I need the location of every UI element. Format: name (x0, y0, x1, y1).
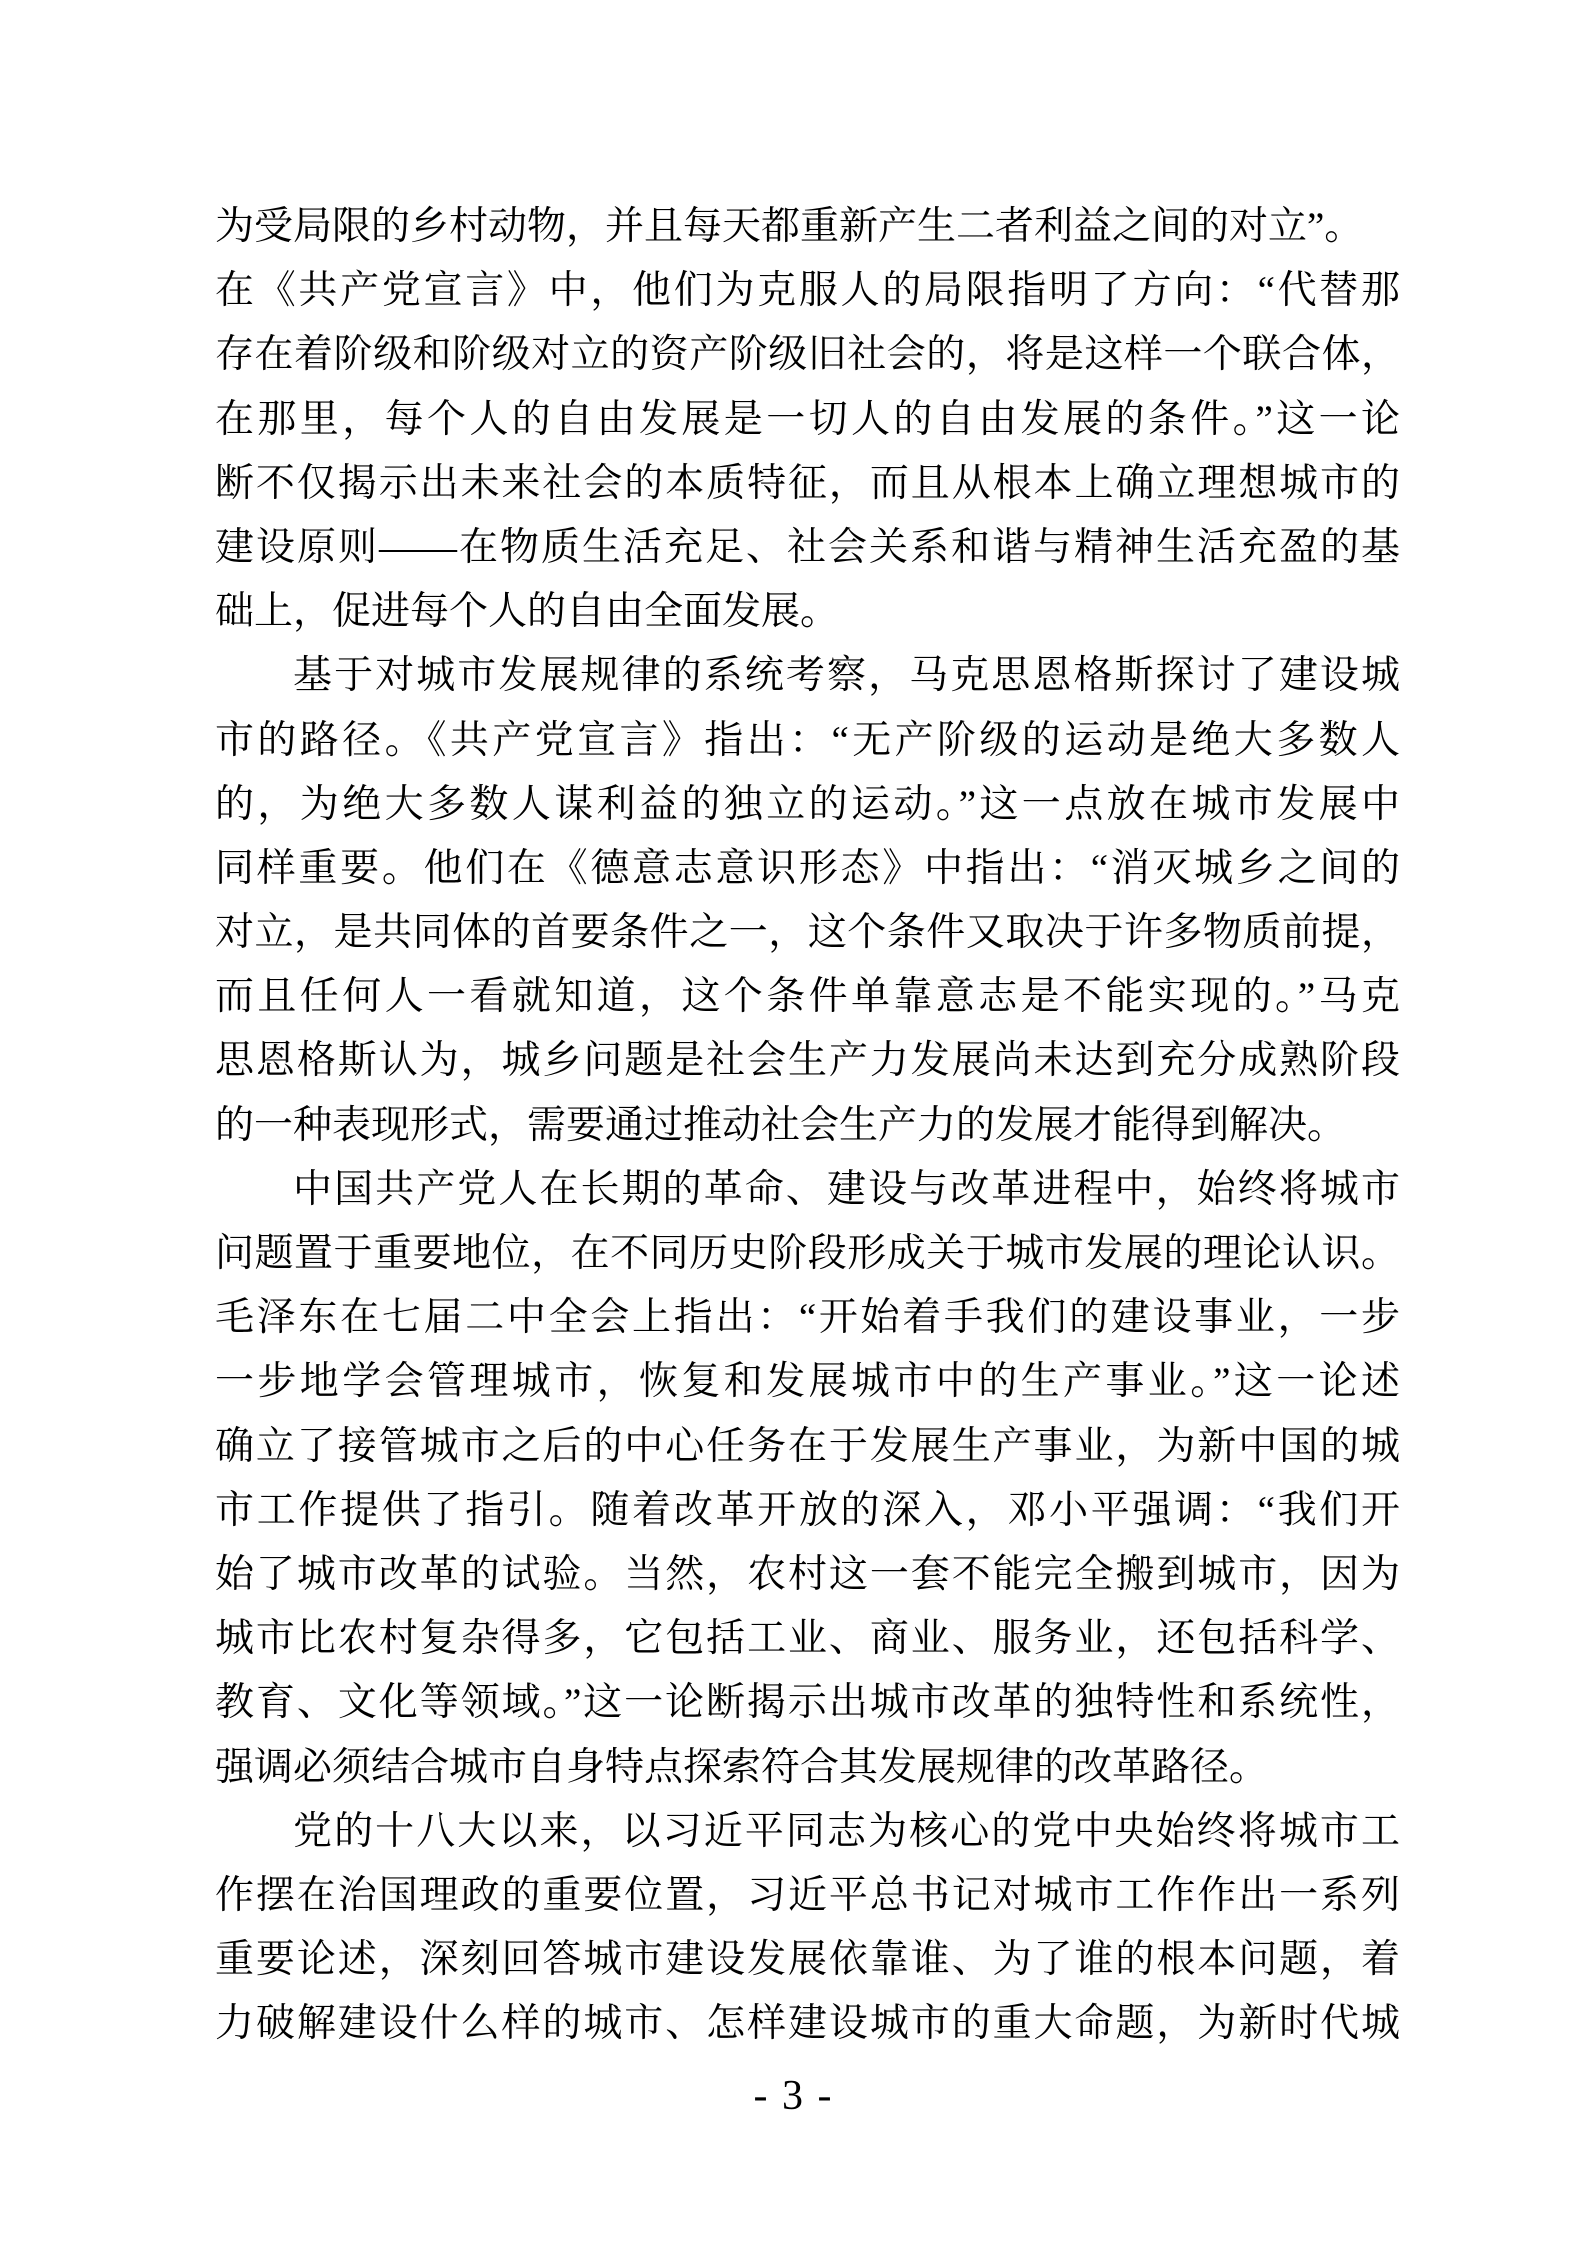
text-line: 确立了接管城市之后的中心任务在于发展生产事业，为新中国的城 (215, 1415, 1400, 1479)
text-line: 存在着阶级和阶级对立的资产阶级旧社会的，将是这样一个联合体， (215, 323, 1400, 387)
text-line: 城市比农村复杂得多，它包括工业、商业、服务业，还包括科学、 (215, 1607, 1400, 1671)
text-line: 而且任何人一看就知道，这个条件单靠意志是不能实现的。”马克 (215, 965, 1400, 1029)
text-line: 建设原则——在物质生活充足、社会关系和谐与精神生活充盈的基 (215, 516, 1400, 580)
document-page: 为受局限的乡村动物，并且每天都重新产生二者利益之间的对立”。在《共产党宣言》中，… (0, 0, 1587, 2245)
text-line: 对立，是共同体的首要条件之一，这个条件又取决于许多物质前提， (215, 901, 1400, 965)
text-line: 基于对城市发展规律的系统考察，马克思恩格斯探讨了建设城 (215, 644, 1400, 708)
text-line: 力破解建设什么样的城市、怎样建设城市的重大命题，为新时代城 (215, 1992, 1400, 2056)
text-line: 在那里，每个人的自由发展是一切人的自由发展的条件。”这一论 (215, 388, 1400, 452)
text-line: 毛泽东在七届二中全会上指出：“开始着手我们的建设事业，一步 (215, 1286, 1400, 1350)
text-line: 强调必须结合城市自身特点探索符合其发展规律的改革路径。 (215, 1736, 1400, 1800)
text-line: 思恩格斯认为，城乡问题是社会生产力发展尚未达到充分成熟阶段 (215, 1029, 1400, 1093)
text-line: 作摆在治国理政的重要位置，习近平总书记对城市工作作出一系列 (215, 1864, 1400, 1928)
text-line: 问题置于重要地位，在不同历史阶段形成关于城市发展的理论认识。 (215, 1222, 1400, 1286)
text-line: 重要论述，深刻回答城市建设发展依靠谁、为了谁的根本问题，着 (215, 1928, 1400, 1992)
text-line: 为受局限的乡村动物，并且每天都重新产生二者利益之间的对立”。 (215, 195, 1400, 259)
page-number: - 3 - (0, 2072, 1587, 2120)
text-line: 市的路径。《共产党宣言》指出：“无产阶级的运动是绝大多数人 (215, 709, 1400, 773)
text-line: 在《共产党宣言》中，他们为克服人的局限指明了方向：“代替那 (215, 259, 1400, 323)
text-line: 同样重要。他们在《德意志意识形态》中指出：“消灭城乡之间的 (215, 837, 1400, 901)
text-line: 教育、文化等领域。”这一论断揭示出城市改革的独特性和系统性， (215, 1671, 1400, 1735)
text-line: 始了城市改革的试验。当然，农村这一套不能完全搬到城市，因为 (215, 1543, 1400, 1607)
text-line: 市工作提供了指引。随着改革开放的深入，邓小平强调：“我们开 (215, 1479, 1400, 1543)
text-line: 一步地学会管理城市，恢复和发展城市中的生产事业。”这一论述 (215, 1350, 1400, 1414)
text-line: 断不仅揭示出未来社会的本质特征，而且从根本上确立理想城市的 (215, 452, 1400, 516)
text-line: 党的十八大以来，以习近平同志为核心的党中央始终将城市工 (215, 1800, 1400, 1864)
text-line: 础上，促进每个人的自由全面发展。 (215, 580, 1400, 644)
text-line: 的，为绝大多数人谋利益的独立的运动。”这一点放在城市发展中 (215, 773, 1400, 837)
text-body: 为受局限的乡村动物，并且每天都重新产生二者利益之间的对立”。在《共产党宣言》中，… (215, 195, 1400, 2056)
text-line: 中国共产党人在长期的革命、建设与改革进程中，始终将城市 (215, 1158, 1400, 1222)
text-line: 的一种表现形式，需要通过推动社会生产力的发展才能得到解决。 (215, 1094, 1400, 1158)
